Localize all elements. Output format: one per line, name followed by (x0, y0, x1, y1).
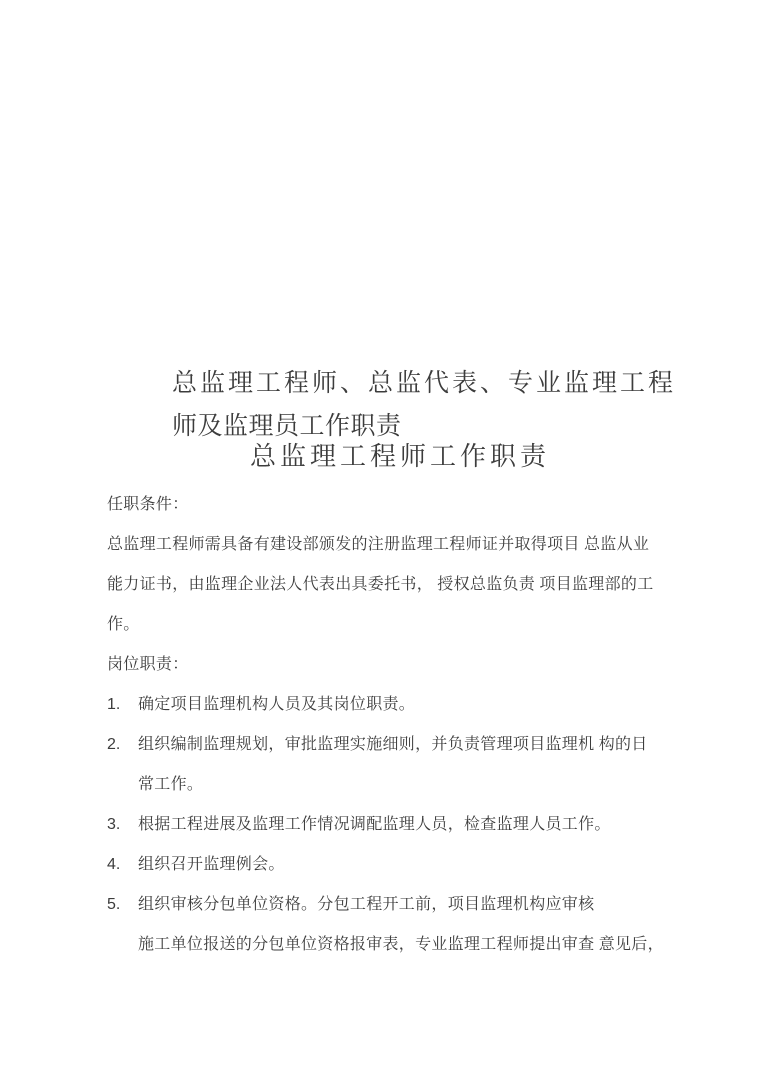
list-item: 3.根据工程进展及监理工作情况调配监理人员，检查监理人员工作。 (107, 805, 659, 845)
list-item-text: 组织审核分包单位资格。分包工程开工前，项目监理机构应审核 (138, 896, 594, 913)
list-item-continuation-line: 常工作。 (107, 765, 659, 805)
section-label: 岗位职责： (107, 645, 659, 685)
list-item-number: 3. (107, 805, 138, 845)
section-label: 任职条件： (107, 485, 659, 525)
document-heading: 总监理工程师、总监代表、专业监理工程 师及监理员工作职责 (172, 362, 676, 448)
paragraph-line: 能力证书，由监理企业法人代表出具委托书， 授权总监负责 项目监理部的工 (107, 565, 659, 605)
document-page: 总监理工程师、总监代表、专业监理工程 师及监理员工作职责 总监理工程师工作职责 … (0, 0, 762, 1080)
list-item: 2.组织编制监理规划，审批监理实施细则，并负责管理项目监理机 构的日 (107, 725, 659, 765)
list-item: 4.组织召开监理例会。 (107, 845, 659, 885)
paragraph-line: 作。 (107, 605, 659, 645)
list-item: 1.确定项目监理机构人员及其岗位职责。 (107, 685, 659, 725)
list-item-text: 确定项目监理机构人员及其岗位职责。 (138, 696, 415, 713)
list-item-text: 组织召开监理例会。 (138, 856, 285, 873)
document-body: 任职条件：总监理工程师需具备有建设部颁发的注册监理工程师证并取得项目 总监从业能… (107, 485, 659, 965)
list-item-number: 5. (107, 885, 138, 925)
list-item-continuation-line: 施工单位报送的分包单位资格报审表，专业监理工程师提出审查 意见后， (107, 925, 659, 965)
list-item-number: 4. (107, 845, 138, 885)
list-item-text: 根据工程进展及监理工作情况调配监理人员，检查监理人员工作。 (138, 816, 611, 833)
heading-line-1: 总监理工程师、总监代表、专业监理工程 (172, 362, 676, 405)
list-item-number: 1. (107, 685, 138, 725)
list-item-number: 2. (107, 725, 138, 765)
paragraph-line: 总监理工程师需具备有建设部颁发的注册监理工程师证并取得项目 总监从业 (107, 525, 659, 565)
document-subheading: 总监理工程师工作职责 (250, 441, 550, 473)
list-item-text: 组织编制监理规划，审批监理实施细则，并负责管理项目监理机 构的日 (138, 736, 648, 753)
list-item: 5.组织审核分包单位资格。分包工程开工前，项目监理机构应审核 (107, 885, 659, 925)
